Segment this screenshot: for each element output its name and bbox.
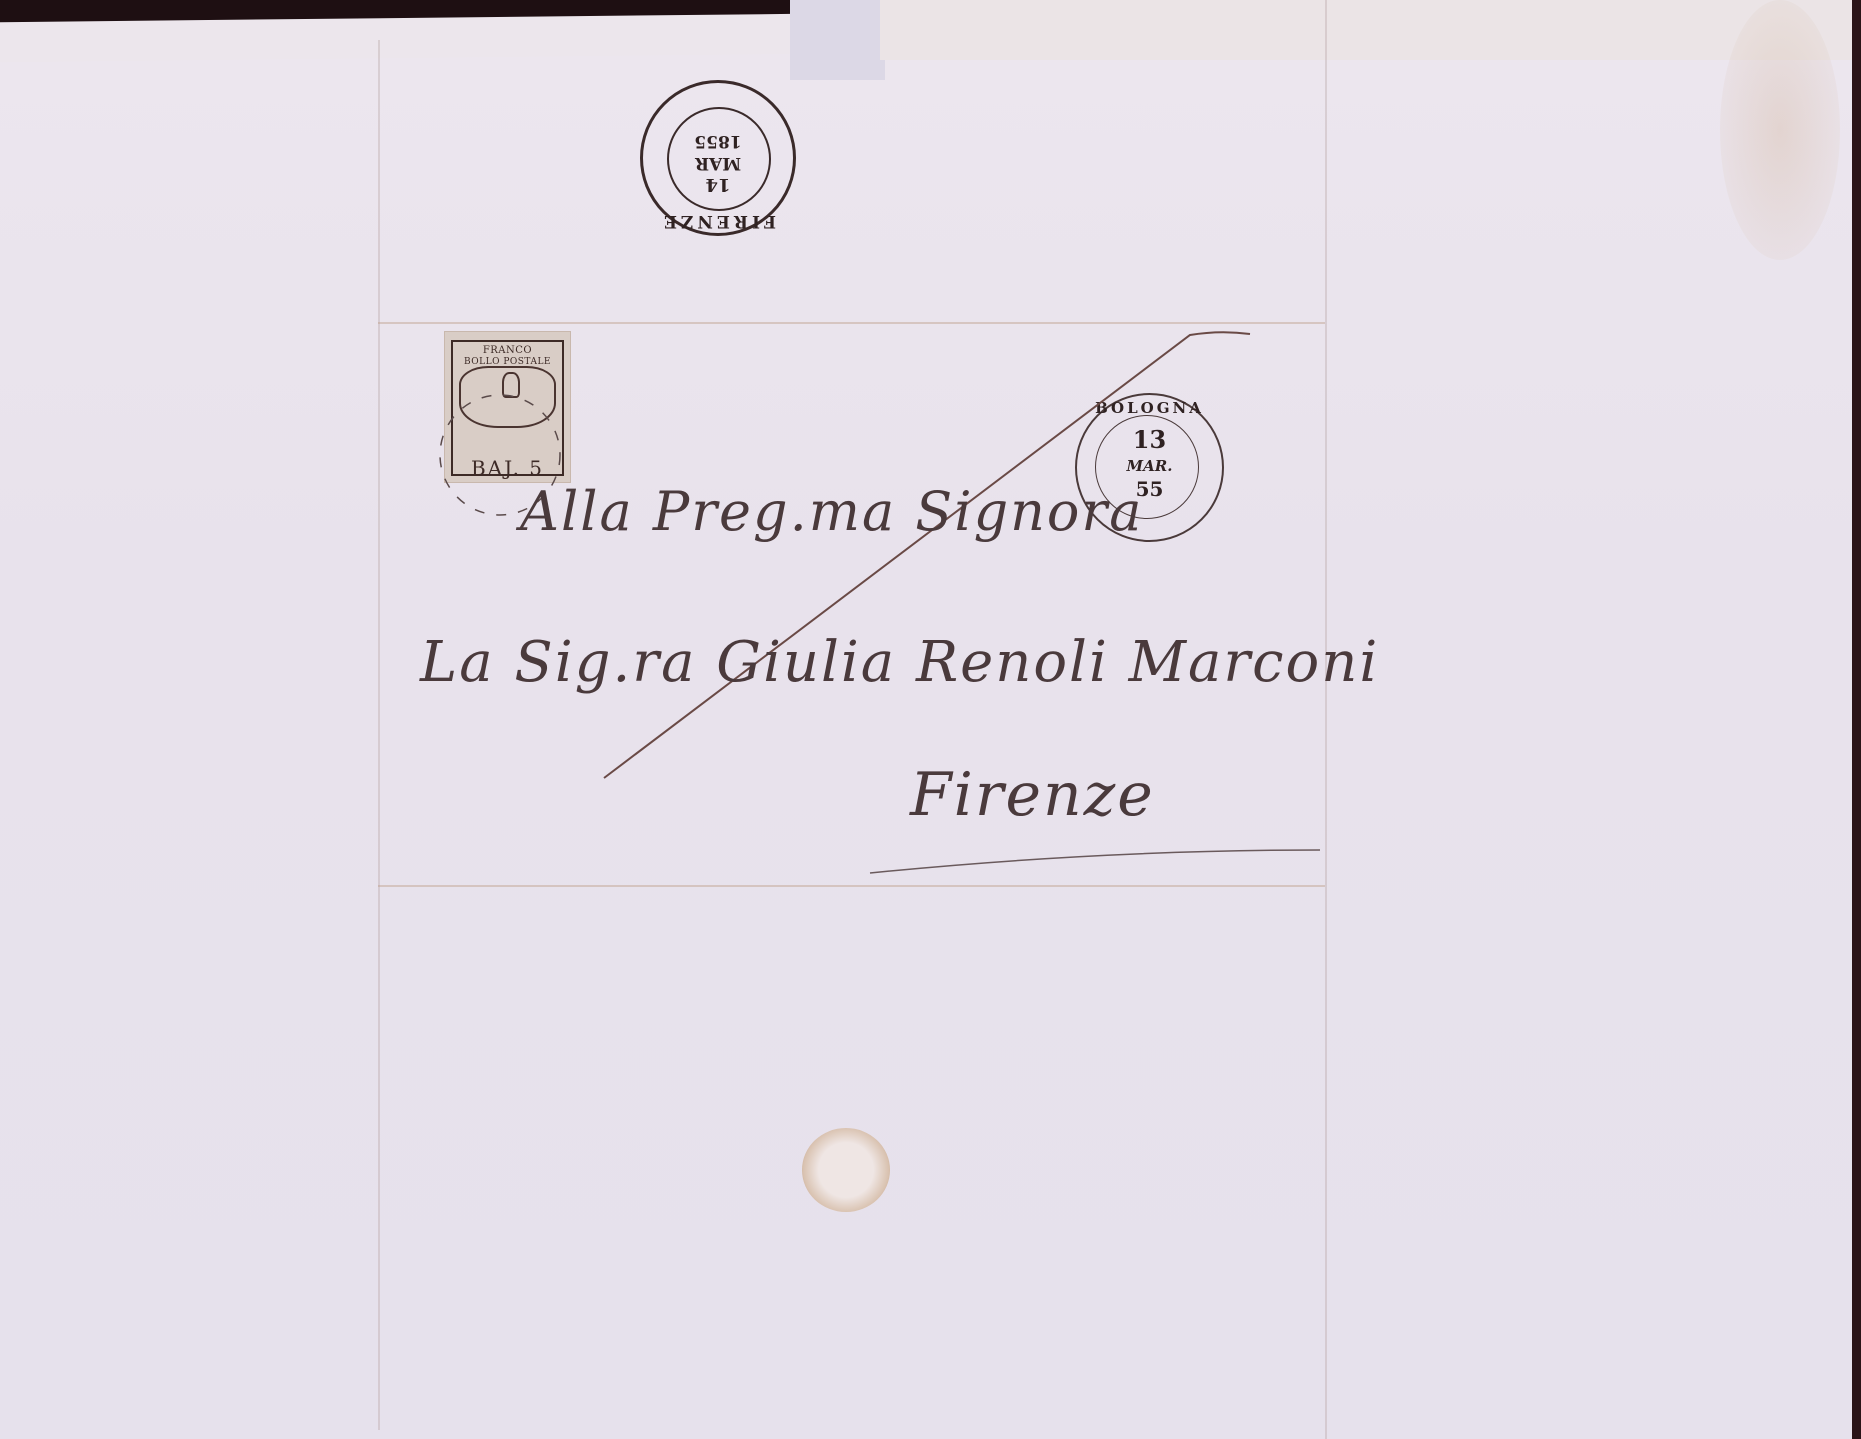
manuscript-strokes xyxy=(0,0,1861,1439)
address-line-3: Firenze xyxy=(910,760,1155,830)
address-line-1: Alla Preg.ma Signora xyxy=(520,480,1143,543)
address-line-2: La Sig.ra Giulia Renoli Marconi xyxy=(420,630,1379,695)
background-edge-right xyxy=(1852,0,1861,1439)
wax-seal-stain xyxy=(802,1128,890,1212)
